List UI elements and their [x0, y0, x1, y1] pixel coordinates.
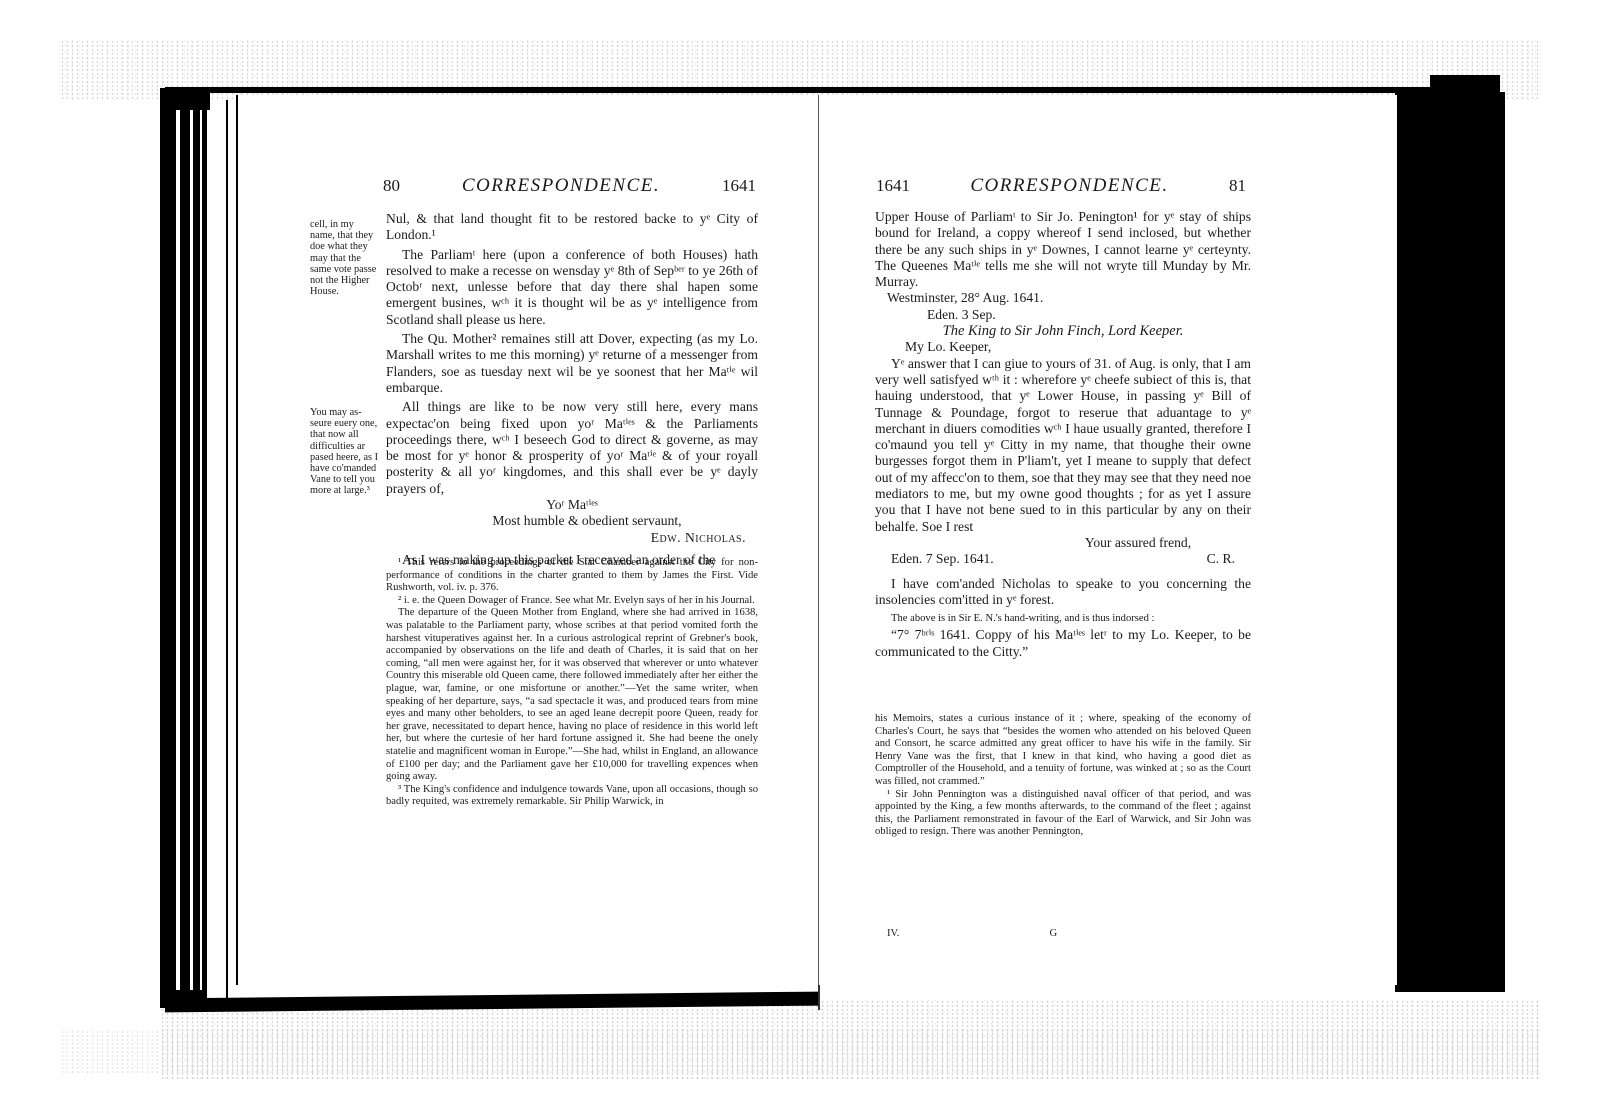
running-head: 1641 CORRESPONDENCE. 81 — [876, 175, 1246, 197]
footnote: ¹ Sir John Pennington was a distinguishe… — [875, 789, 1251, 839]
page-number: 80 — [383, 176, 400, 196]
page-stack-left — [205, 110, 237, 1000]
marginal-note: You may as-seure euery one, that now all… — [310, 407, 380, 497]
dateline: Eden. 3 Sep. — [875, 307, 1251, 323]
paragraph: The Parliamᵗ here (upon a conference of … — [386, 247, 758, 328]
page-number: 81 — [1229, 176, 1246, 196]
main-text: Nul, & that land thought fit to be resto… — [386, 211, 758, 568]
footnote: ³ The King's confidence and indulgence t… — [386, 784, 758, 809]
date-signature-row: Eden. 7 Sep. 1641. C. R. — [875, 551, 1251, 567]
initials: C. R. — [1207, 551, 1235, 567]
editor-note: The above is in Sir E. N.'s hand-writing… — [875, 611, 1251, 627]
paragraph: The Qu. Mother² remaines still att Dover… — [386, 331, 758, 396]
paragraph: All things are like to be now very still… — [386, 399, 758, 497]
page-edge-line — [190, 110, 193, 990]
page-edge-line — [200, 110, 202, 990]
scan-noise-table — [60, 1030, 1540, 1075]
closing-line: Yoʳ Maᵗⁱᵉˢ — [386, 497, 758, 513]
book-cover-left — [160, 88, 210, 1008]
page-edge-line — [176, 110, 180, 990]
footnote: ¹ This refers to the proceedings of the … — [386, 557, 758, 595]
book-top-edge — [165, 87, 1500, 93]
marginal-note: cell, in my name, that they doe what the… — [310, 219, 380, 297]
page-edge-line — [226, 100, 228, 1000]
footnotes: ¹ This refers to the proceedings of the … — [386, 557, 758, 809]
footnotes: his Memoirs, states a curious instance o… — [875, 713, 1251, 839]
right-page: 1641 CORRESPONDENCE. 81 Upper House of P… — [818, 95, 1397, 985]
volume-mark: IV. — [887, 928, 899, 939]
running-title: CORRESPONDENCE. — [970, 175, 1168, 197]
running-title: CORRESPONDENCE. — [462, 175, 660, 197]
signature: Edw. Nicholas. — [386, 530, 758, 546]
paragraph: Upper House of Parliamᵗ to Sir Jo. Penin… — [875, 209, 1251, 290]
running-year: 1641 — [876, 176, 910, 196]
gathering-mark: G — [1049, 928, 1057, 939]
closing-line: Your assured frend, — [875, 535, 1251, 551]
footnote: The departure of the Queen Mother from E… — [386, 607, 758, 783]
paragraph: Nul, & that land thought fit to be resto… — [386, 211, 758, 244]
letter-heading: The King to Sir John Finch, Lord Keeper. — [875, 323, 1251, 339]
footnote: ² i. e. the Queen Dowager of France. See… — [386, 595, 758, 608]
postscript: I have com'anded Nicholas to speake to y… — [875, 576, 1251, 609]
dateline: Westminster, 28° Aug. 1641. — [875, 290, 1251, 306]
footnote: his Memoirs, states a curious instance o… — [875, 713, 1251, 789]
letter-body: Yᵉ answer that I can giue to yours of 31… — [875, 356, 1251, 535]
closing-line: Most humble & obedient servaunt, — [386, 513, 758, 529]
main-text: Upper House of Parliamᵗ to Sir Jo. Penin… — [875, 209, 1251, 660]
salutation: My Lo. Keeper, — [875, 339, 1251, 355]
running-head: 80 CORRESPONDENCE. 1641 — [383, 175, 756, 197]
printer-signature-mark: IV. G — [875, 928, 1251, 939]
place-date: Eden. 7 Sep. 1641. — [891, 551, 994, 567]
left-page: 80 CORRESPONDENCE. 1641 cell, in my name… — [236, 95, 821, 985]
book-cover-right — [1395, 92, 1505, 992]
running-year: 1641 — [722, 176, 756, 196]
endorsement: “7° 7ᵇʳⁱˢ 1641. Coppy of his Maᵗⁱᵉˢ letʳ… — [875, 627, 1251, 660]
